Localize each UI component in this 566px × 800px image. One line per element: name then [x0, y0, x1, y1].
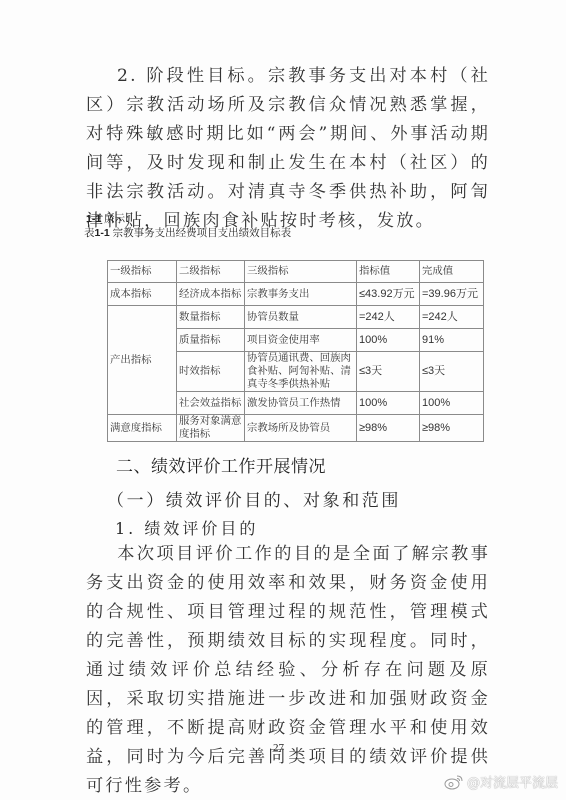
paragraph-phased-goal-text: 2. 阶段性目标。宗教事务支出对本村（社区）宗教活动场所及宗教信众情况熟悉掌握，… [86, 66, 490, 231]
cell-target: ≥98% [357, 415, 420, 442]
cell-target: 100% [357, 392, 420, 415]
cell-level1: 成本指标 [108, 283, 177, 306]
cell-target: 100% [357, 329, 420, 352]
table-caption: 表1-1 宗教事务支出经费项目支出绩效目标表 [84, 225, 291, 240]
watermark-text: @对流层平流层 [467, 772, 558, 791]
paragraph-evaluation-purpose-text: 本次项目评价工作的目的是全面了解宗教事务支出资金的使用效率和效果，财务资金使用的… [86, 544, 490, 796]
cell-actual: ≤3天 [420, 352, 484, 392]
cell-level2: 质量指标 [177, 329, 245, 352]
subsection-heading: （一）绩效评价目的、对象和范围 [107, 486, 401, 511]
section-heading: 二、绩效评价工作开展情况 [116, 452, 326, 477]
table-reference-number: 1-1 [86, 213, 101, 225]
cell-actual: ≥98% [420, 415, 484, 442]
table-header-row: 一级指标 二级指标 三级指标 指标值 完成值 [108, 261, 484, 283]
item-heading: 1. 绩效评价目的 [115, 516, 258, 539]
cell-level3: 宗教场所及协管员 [245, 415, 357, 442]
table-caption-prefix: 表 [84, 227, 95, 239]
table-row: 产出指标 数量指标 协管员数量 =242人 =242人 [108, 306, 484, 329]
paragraph-evaluation-purpose: 本次项目评价工作的目的是全面了解宗教事务支出资金的使用效率和效果，财务资金使用的… [86, 540, 490, 800]
table-reference: 1-1 所示： [86, 211, 136, 226]
cell-level2: 数量指标 [177, 306, 245, 329]
cell-level2: 社会效益指标 [177, 392, 245, 415]
cell-level1-output: 产出指标 [108, 306, 177, 415]
header-level2: 二级指标 [177, 261, 245, 283]
cell-actual: 100% [420, 392, 484, 415]
cell-level3: 宗教事务支出 [245, 283, 357, 306]
cell-level3: 项目资金使用率 [245, 329, 357, 352]
header-target: 指标值 [357, 261, 420, 283]
table-caption-number: 1-1 [95, 227, 110, 239]
cell-level3: 激发协管员工作热情 [245, 392, 357, 415]
table-reference-text: 所示： [101, 213, 135, 225]
document-page: 2. 阶段性目标。宗教事务支出对本村（社区）宗教活动场所及宗教信众情况熟悉掌握，… [0, 0, 566, 800]
watermark: @对流层平流层 [444, 772, 558, 791]
cell-level2: 经济成本指标 [177, 283, 245, 306]
cell-target: =242人 [357, 306, 420, 329]
cell-level1: 满意度指标 [108, 415, 177, 442]
cell-target: ≤3天 [357, 352, 420, 392]
header-level1: 一级指标 [108, 261, 177, 283]
weibo-icon [444, 774, 464, 790]
cell-actual: =242人 [420, 306, 484, 329]
paragraph-phased-goal: 2. 阶段性目标。宗教事务支出对本村（社区）宗教活动场所及宗教信众情况熟悉掌握，… [86, 62, 490, 236]
cell-actual: 91% [420, 329, 484, 352]
cell-level3: 协管员通讯费、回族肉食补贴、阿訇补贴、清真寺冬季供热补贴 [245, 352, 357, 392]
performance-goals-table: 一级指标 二级指标 三级指标 指标值 完成值 成本指标 经济成本指标 宗教事务支… [107, 260, 484, 442]
table-row: 满意度指标 服务对象满意度指标 宗教场所及协管员 ≥98% ≥98% [108, 415, 484, 442]
cell-target: ≤43.92万元 [357, 283, 420, 306]
header-actual: 完成值 [420, 261, 484, 283]
cell-actual: =39.96万元 [420, 283, 484, 306]
header-level3: 三级指标 [245, 261, 357, 283]
cell-level3: 协管员数量 [245, 306, 357, 329]
cell-level2: 服务对象满意度指标 [177, 415, 245, 442]
table-caption-title: 宗教事务支出经费项目支出绩效目标表 [110, 227, 291, 239]
table-row: 成本指标 经济成本指标 宗教事务支出 ≤43.92万元 =39.96万元 [108, 283, 484, 306]
cell-level2: 时效指标 [177, 352, 245, 392]
page-number: 27 [273, 742, 284, 754]
